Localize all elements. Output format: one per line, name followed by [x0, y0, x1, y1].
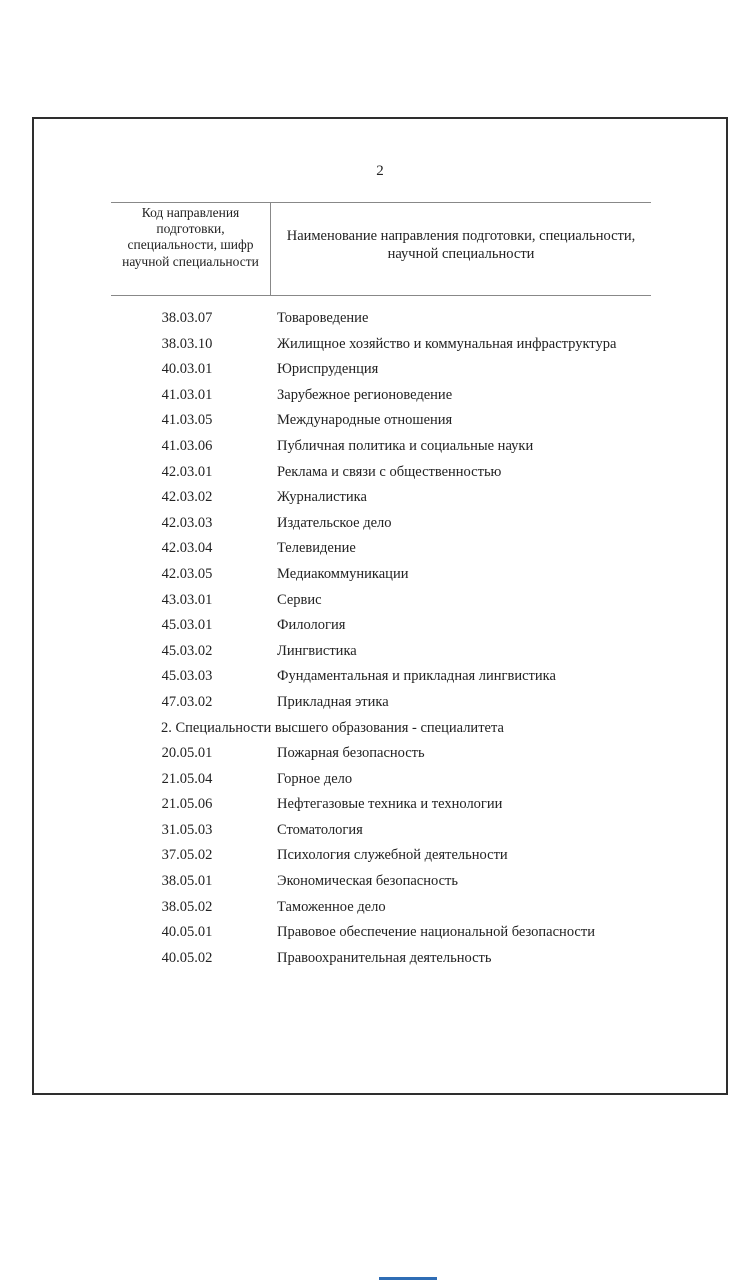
table-row: 38.03.07Товароведение: [111, 309, 671, 327]
table-row: 45.03.02Лингвистика: [111, 642, 671, 660]
row-name: Таможенное дело: [271, 898, 671, 916]
table-row: 43.03.01Сервис: [111, 591, 671, 609]
table-row: 40.03.01Юриспруденция: [111, 360, 671, 378]
row-name: Правовое обеспечение национальной безопа…: [271, 923, 671, 941]
row-name: Зарубежное регионоведение: [271, 386, 671, 404]
table-row: 42.03.03Издательское дело: [111, 514, 671, 532]
table-row: 20.05.01Пожарная безопасность: [111, 744, 671, 762]
row-code: 45.03.03: [111, 667, 271, 685]
table-row: 31.05.03Стоматология: [111, 821, 671, 839]
table-row: 21.05.06Нефтегазовые техника и технологи…: [111, 795, 671, 813]
table-row: 38.05.02Таможенное дело: [111, 898, 671, 916]
row-name: Журналистика: [271, 488, 671, 506]
table-row: 38.05.01Экономическая безопасность: [111, 872, 671, 890]
table-row: 42.03.01Реклама и связи с общественность…: [111, 463, 671, 481]
section-title: 2. Специальности высшего образования - с…: [111, 719, 671, 737]
row-name: Пожарная безопасность: [271, 744, 671, 762]
table-row: 41.03.06Публичная политика и социальные …: [111, 437, 671, 455]
row-name: Правоохранительная деятельность: [271, 949, 671, 967]
table-row: 21.05.04Горное дело: [111, 770, 671, 788]
row-code: 42.03.01: [111, 463, 271, 481]
row-code: 31.05.03: [111, 821, 271, 839]
row-code: 42.03.04: [111, 539, 271, 557]
table-row: 45.03.01Филология: [111, 616, 671, 634]
row-code: 37.05.02: [111, 846, 271, 864]
row-code: 40.05.01: [111, 923, 271, 941]
row-code: 42.03.05: [111, 565, 271, 583]
row-code: 20.05.01: [111, 744, 271, 762]
row-code: 41.03.01: [111, 386, 271, 404]
table-row: 42.03.02Журналистика: [111, 488, 671, 506]
row-code: 42.03.03: [111, 514, 271, 532]
row-name: Стоматология: [271, 821, 671, 839]
page-number: 2: [34, 163, 726, 180]
table-row: 37.05.02Психология служебной деятельност…: [111, 846, 671, 864]
row-code: 41.03.06: [111, 437, 271, 455]
row-code: 43.03.01: [111, 591, 271, 609]
row-code: 42.03.02: [111, 488, 271, 506]
row-code: 47.03.02: [111, 693, 271, 711]
row-name: Психология служебной деятельности: [271, 846, 671, 864]
document-page: 2 Код направления подготовки, специально…: [32, 117, 728, 1095]
table-row: 38.03.10Жилищное хозяйство и коммунальна…: [111, 335, 671, 353]
row-name: Публичная политика и социальные науки: [271, 437, 671, 455]
row-name: Прикладная этика: [271, 693, 671, 711]
row-code: 41.03.05: [111, 411, 271, 429]
row-name: Реклама и связи с общественностью: [271, 463, 671, 481]
row-name: Жилищное хозяйство и коммунальная инфрас…: [271, 335, 671, 353]
row-name: Экономическая безопасность: [271, 872, 671, 890]
header-code: Код направления подготовки, специальност…: [111, 203, 271, 295]
row-code: 21.05.04: [111, 770, 271, 788]
table-body: 38.03.07Товароведение38.03.10Жилищное хо…: [111, 309, 671, 974]
row-name: Фундаментальная и прикладная лингвистика: [271, 667, 671, 685]
table-row: 42.03.04Телевидение: [111, 539, 671, 557]
table-row: 40.05.01Правовое обеспечение национально…: [111, 923, 671, 941]
row-name: Филология: [271, 616, 671, 634]
row-name: Товароведение: [271, 309, 671, 327]
row-code: 45.03.02: [111, 642, 271, 660]
row-name: Лингвистика: [271, 642, 671, 660]
row-code: 21.05.06: [111, 795, 271, 813]
row-name: Издательское дело: [271, 514, 671, 532]
row-name: Нефтегазовые техника и технологии: [271, 795, 671, 813]
table-row: 41.03.05Международные отношения: [111, 411, 671, 429]
row-name: Телевидение: [271, 539, 671, 557]
row-code: 38.05.02: [111, 898, 271, 916]
row-name: Юриспруденция: [271, 360, 671, 378]
row-code: 38.03.10: [111, 335, 271, 353]
row-name: Сервис: [271, 591, 671, 609]
table-header: Код направления подготовки, специальност…: [111, 202, 651, 296]
row-name: Международные отношения: [271, 411, 671, 429]
table-row: 45.03.03Фундаментальная и прикладная лин…: [111, 667, 671, 685]
row-code: 40.03.01: [111, 360, 271, 378]
row-name: Горное дело: [271, 770, 671, 788]
row-code: 38.05.01: [111, 872, 271, 890]
table-row: 47.03.02Прикладная этика: [111, 693, 671, 711]
row-code: 38.03.07: [111, 309, 271, 327]
table-row: 41.03.01Зарубежное регионоведение: [111, 386, 671, 404]
table-row: 42.03.05Медиакоммуникации: [111, 565, 671, 583]
row-name: Медиакоммуникации: [271, 565, 671, 583]
row-code: 45.03.01: [111, 616, 271, 634]
table-row: 40.05.02Правоохранительная деятельность: [111, 949, 671, 967]
header-name: Наименование направления подготовки, спе…: [271, 203, 651, 295]
row-code: 40.05.02: [111, 949, 271, 967]
